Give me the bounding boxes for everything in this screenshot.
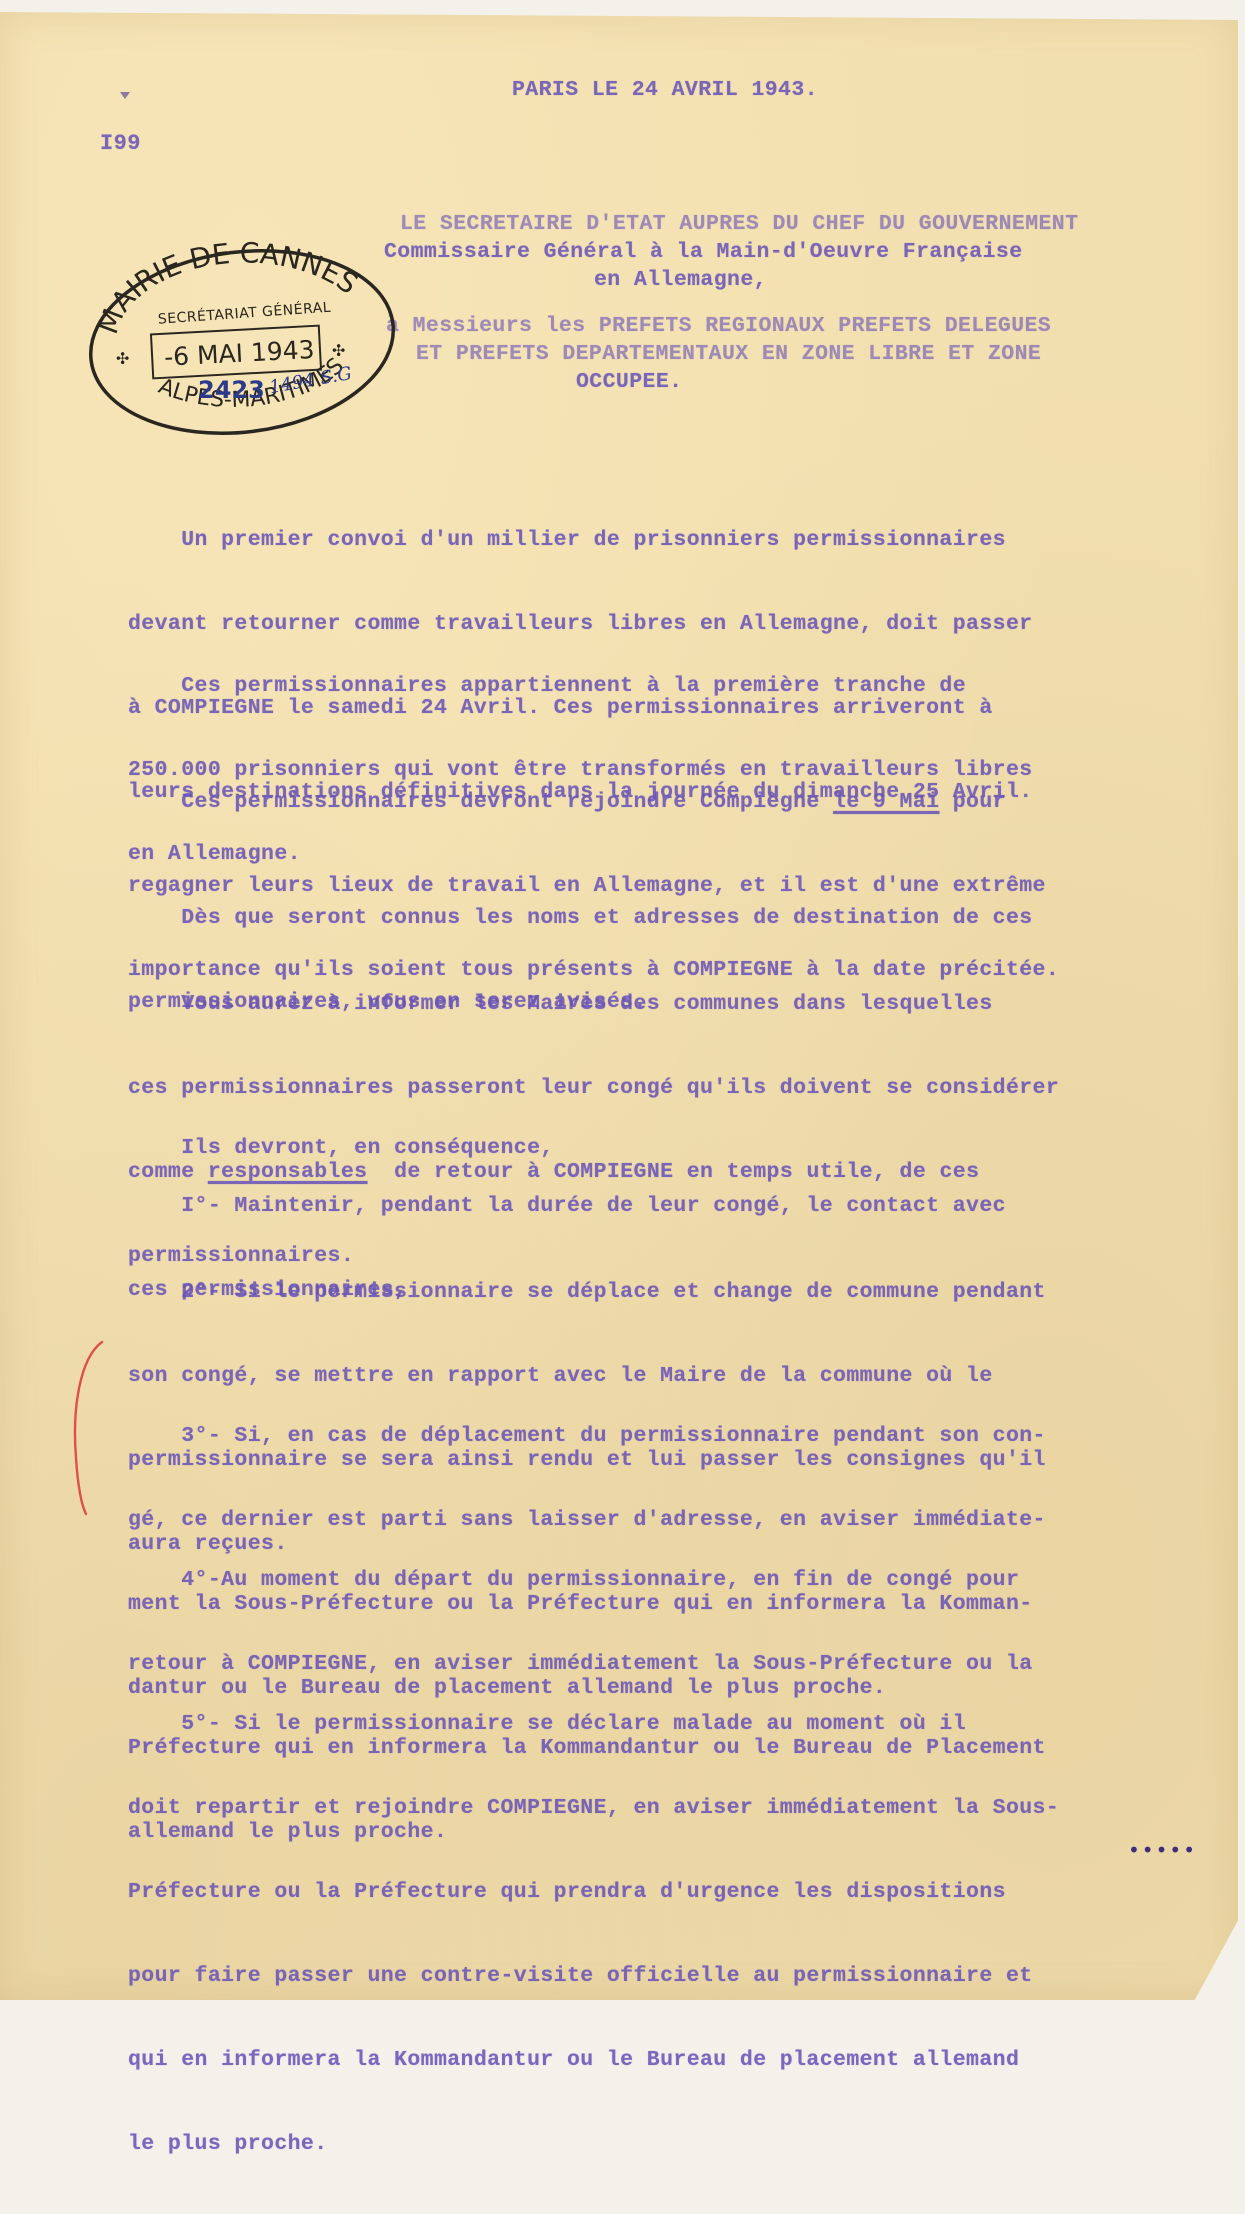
text-line: I°- Maintenir, pendant la durée de leur … [128, 1192, 1006, 1220]
text-segment: Ces permissionnaires devront rejoindre C… [128, 790, 833, 814]
text-line: Vous aurez à informer les Maires des com… [128, 990, 1059, 1018]
continuation-marker: ••••• [1128, 1838, 1197, 1862]
dateline: PARIS LE 24 AVRIL 1943. [512, 76, 818, 104]
text-line: 5°- Si le permissionnaire se déclare mal… [128, 1710, 1059, 1738]
stamp-date: -6 MAI 1943 [163, 335, 315, 372]
page-number: I99 [100, 130, 141, 158]
sender-line: LE SECRETAIRE D'ETAT AUPRES DU CHEF DU G… [400, 210, 1078, 238]
stamp-graphic: MAIRIE DE CANNES SECRÉTARIAT GÉNÉRAL -6 … [80, 238, 400, 438]
text-line: doit repartir et rejoindre COMPIEGNE, en… [128, 1794, 1059, 1822]
text-line: Préfecture ou la Préfecture qui prendra … [128, 1878, 1059, 1906]
mairie-cannes-stamp: MAIRIE DE CANNES SECRÉTARIAT GÉNÉRAL -6 … [80, 238, 400, 438]
text-line: Un premier convoi d'un millier de prison… [128, 526, 1033, 554]
underlined-date: le 9 Mai [833, 790, 939, 814]
recipient-line: OCCUPEE. [576, 368, 682, 396]
red-margin-bracket [66, 1338, 106, 1518]
bracket-icon [66, 1338, 106, 1518]
text-segment: pour [939, 790, 1006, 814]
stamp-department: SECRÉTARIAT GÉNÉRAL [157, 299, 331, 328]
text-line: Dès que seront connus les noms et adress… [128, 904, 1033, 932]
tick-mark [120, 92, 130, 99]
text-line: Ces permissionnaires devront rejoindre C… [128, 788, 1059, 816]
stamp-top-arc: MAIRIE DE CANNES [91, 238, 364, 338]
text-line: 2°- Si le permissionnaire se déplace et … [128, 1278, 1046, 1306]
text-line: pour faire passer une contre-visite offi… [128, 1962, 1059, 1990]
text-line: Ces permissionnaires appartiennent à la … [128, 672, 1033, 700]
instruction-5: 5°- Si le permissionnaire se déclare mal… [128, 1654, 1059, 2000]
sender-line: en Allemagne, [594, 266, 767, 294]
stamp-ornament-left: ✣ [116, 349, 129, 368]
text-line: 4°-Au moment du départ du permissionnair… [128, 1566, 1046, 1594]
recipient-line: ET PREFETS DEPARTEMENTAUX EN ZONE LIBRE … [416, 340, 1041, 368]
stamp-registration-number: 2423 [198, 376, 265, 404]
text-line: 3°- Si, en cas de déplacement du permiss… [128, 1422, 1046, 1450]
sender-line: Commissaire Général à la Main-d'Oeuvre F… [384, 238, 1023, 266]
recipient-line: à Messieurs les PREFETS REGIONAUX PREFET… [386, 312, 1051, 340]
